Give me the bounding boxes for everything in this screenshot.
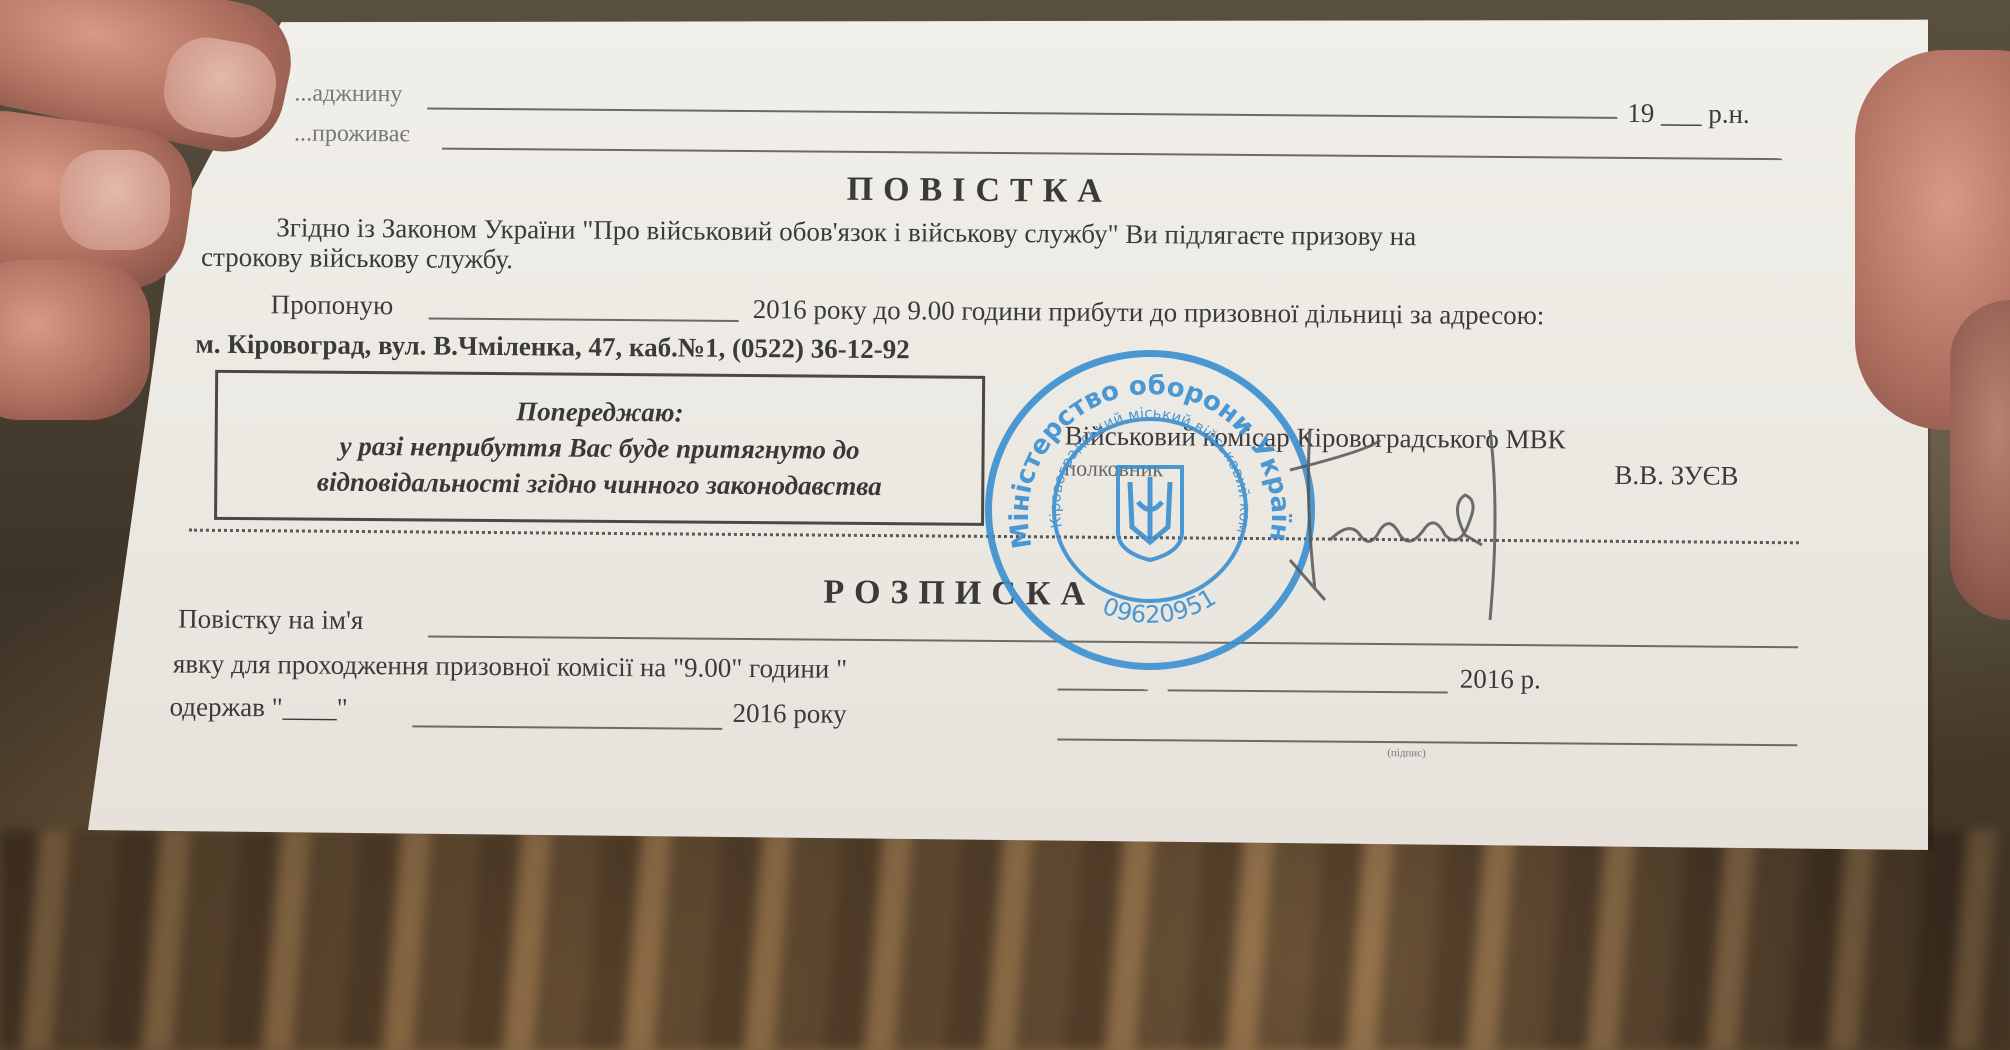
address: м. Кіровоград, вул. В.Чміленка, 47, каб.… — [195, 329, 910, 366]
warning-line-2: у разі неприбуття Вас буде притягнуто до — [217, 427, 981, 469]
receipt-day-line — [1058, 688, 1148, 691]
received-month-line — [412, 725, 722, 729]
receipt-year: 2016 р. — [1460, 664, 1541, 696]
signatory-name: В.В. ЗУЄВ — [1614, 460, 1738, 492]
handwritten-signature — [1250, 410, 1550, 640]
receipt-month-line — [1168, 689, 1448, 693]
stamp-code: 09620951 — [1099, 583, 1221, 629]
born-label: ...аджнину — [294, 80, 402, 108]
received-label: одержав "____" — [169, 691, 347, 723]
proposal-text: 2016 року до 9.00 години прибути до приз… — [753, 294, 1545, 331]
fingernail — [60, 150, 170, 250]
receipt-name-label: Повістку на ім'я — [178, 604, 363, 636]
receipt-appearance-text: явку для проходження призовної комісії н… — [173, 649, 847, 685]
proposal-label: Пропоную — [271, 289, 394, 321]
warning-heading: Попереджаю: — [218, 391, 982, 433]
signature-line — [1057, 738, 1797, 746]
born-field-line — [427, 107, 1617, 118]
signature-caption: (підпис) — [1387, 747, 1426, 759]
law-paragraph-cont: строкову військову службу. — [201, 242, 513, 275]
warning-box: Попереджаю: у разі неприбуття Вас буде п… — [214, 370, 985, 526]
warning-line-3: відповідальності згідно чинного законода… — [217, 463, 981, 505]
trident-icon — [1110, 462, 1190, 562]
notice-title: ПОВІСТКА — [846, 171, 1112, 211]
resides-label: ...проживає — [294, 120, 410, 148]
left-hand-palm — [0, 260, 150, 420]
proposal-date-line — [429, 318, 739, 322]
svg-text:09620951: 09620951 — [1099, 583, 1221, 629]
year-label: 19 ___ р.н. — [1627, 98, 1750, 130]
resides-field-line — [442, 148, 1782, 161]
right-hand-finger — [1950, 300, 2010, 620]
received-year: 2016 року — [732, 698, 846, 730]
